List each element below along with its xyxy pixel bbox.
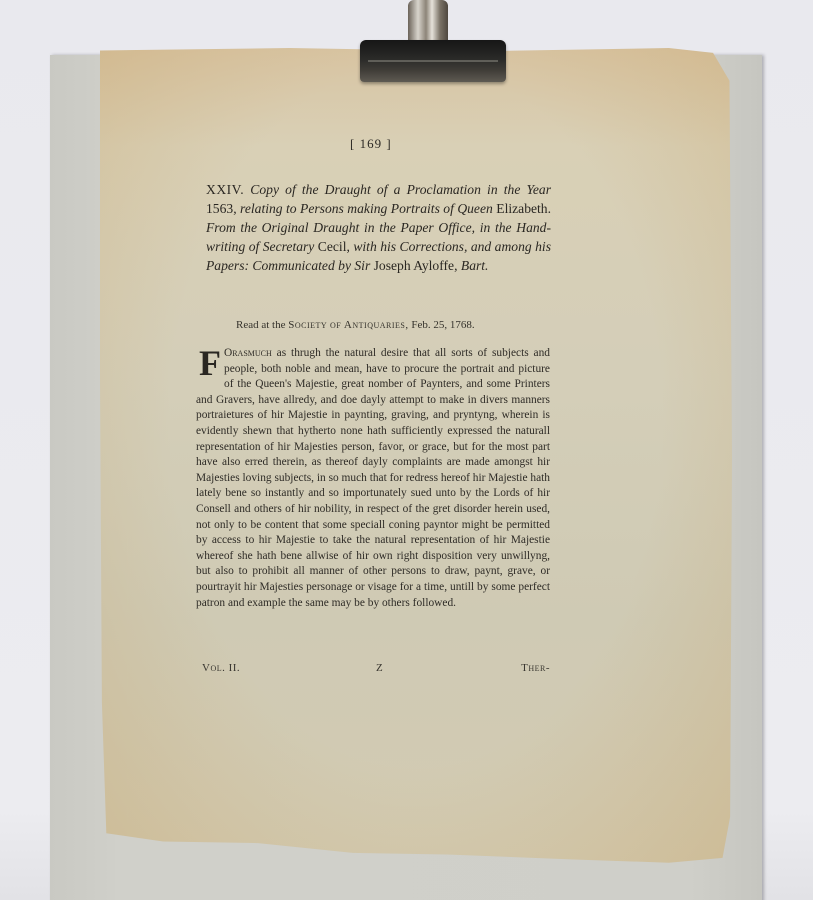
signature-mark: Z xyxy=(376,662,383,674)
body-text: as thrugh the natural desire that all so… xyxy=(196,347,550,609)
title-cecil: Cecil, xyxy=(318,239,350,254)
title-ayloffe: Joseph Ayloffe, xyxy=(374,258,458,273)
read-of: of xyxy=(330,319,341,331)
article-title: XXIV. Copy of the Draught of a Proclamat… xyxy=(206,180,551,275)
title-part-1: Copy of the Draught of a Proclamation in… xyxy=(250,182,551,197)
binder-clip-bar xyxy=(360,40,506,82)
read-antiquaries: Antiquaries, xyxy=(344,319,409,331)
proclamation-body: FOrasmuch as thrugh the natural desire t… xyxy=(196,346,550,611)
volume-label: Vol. II. xyxy=(202,662,240,674)
page-number: [ 169 ] xyxy=(350,136,392,152)
title-part-5: Bart. xyxy=(461,258,489,273)
read-date: Feb. 25, 1768. xyxy=(411,319,474,331)
read-prefix: Read at the xyxy=(236,319,285,331)
binder-clip-spring xyxy=(408,0,448,42)
drop-cap: F xyxy=(199,348,221,378)
read-at-line: Read at the Society of Antiquaries, Feb.… xyxy=(236,319,475,331)
title-part-2: relating to Persons making Portraits of … xyxy=(240,201,493,216)
page-footer: Vol. II. Z Ther- xyxy=(196,662,550,678)
title-elizabeth: Elizabeth. xyxy=(496,201,551,216)
read-society: Society xyxy=(288,319,327,331)
body-lead-word: Orasmuch xyxy=(224,347,272,359)
title-year: 1563, xyxy=(206,201,237,216)
article-number: XXIV. xyxy=(206,182,244,197)
catchword: Ther- xyxy=(521,662,550,674)
